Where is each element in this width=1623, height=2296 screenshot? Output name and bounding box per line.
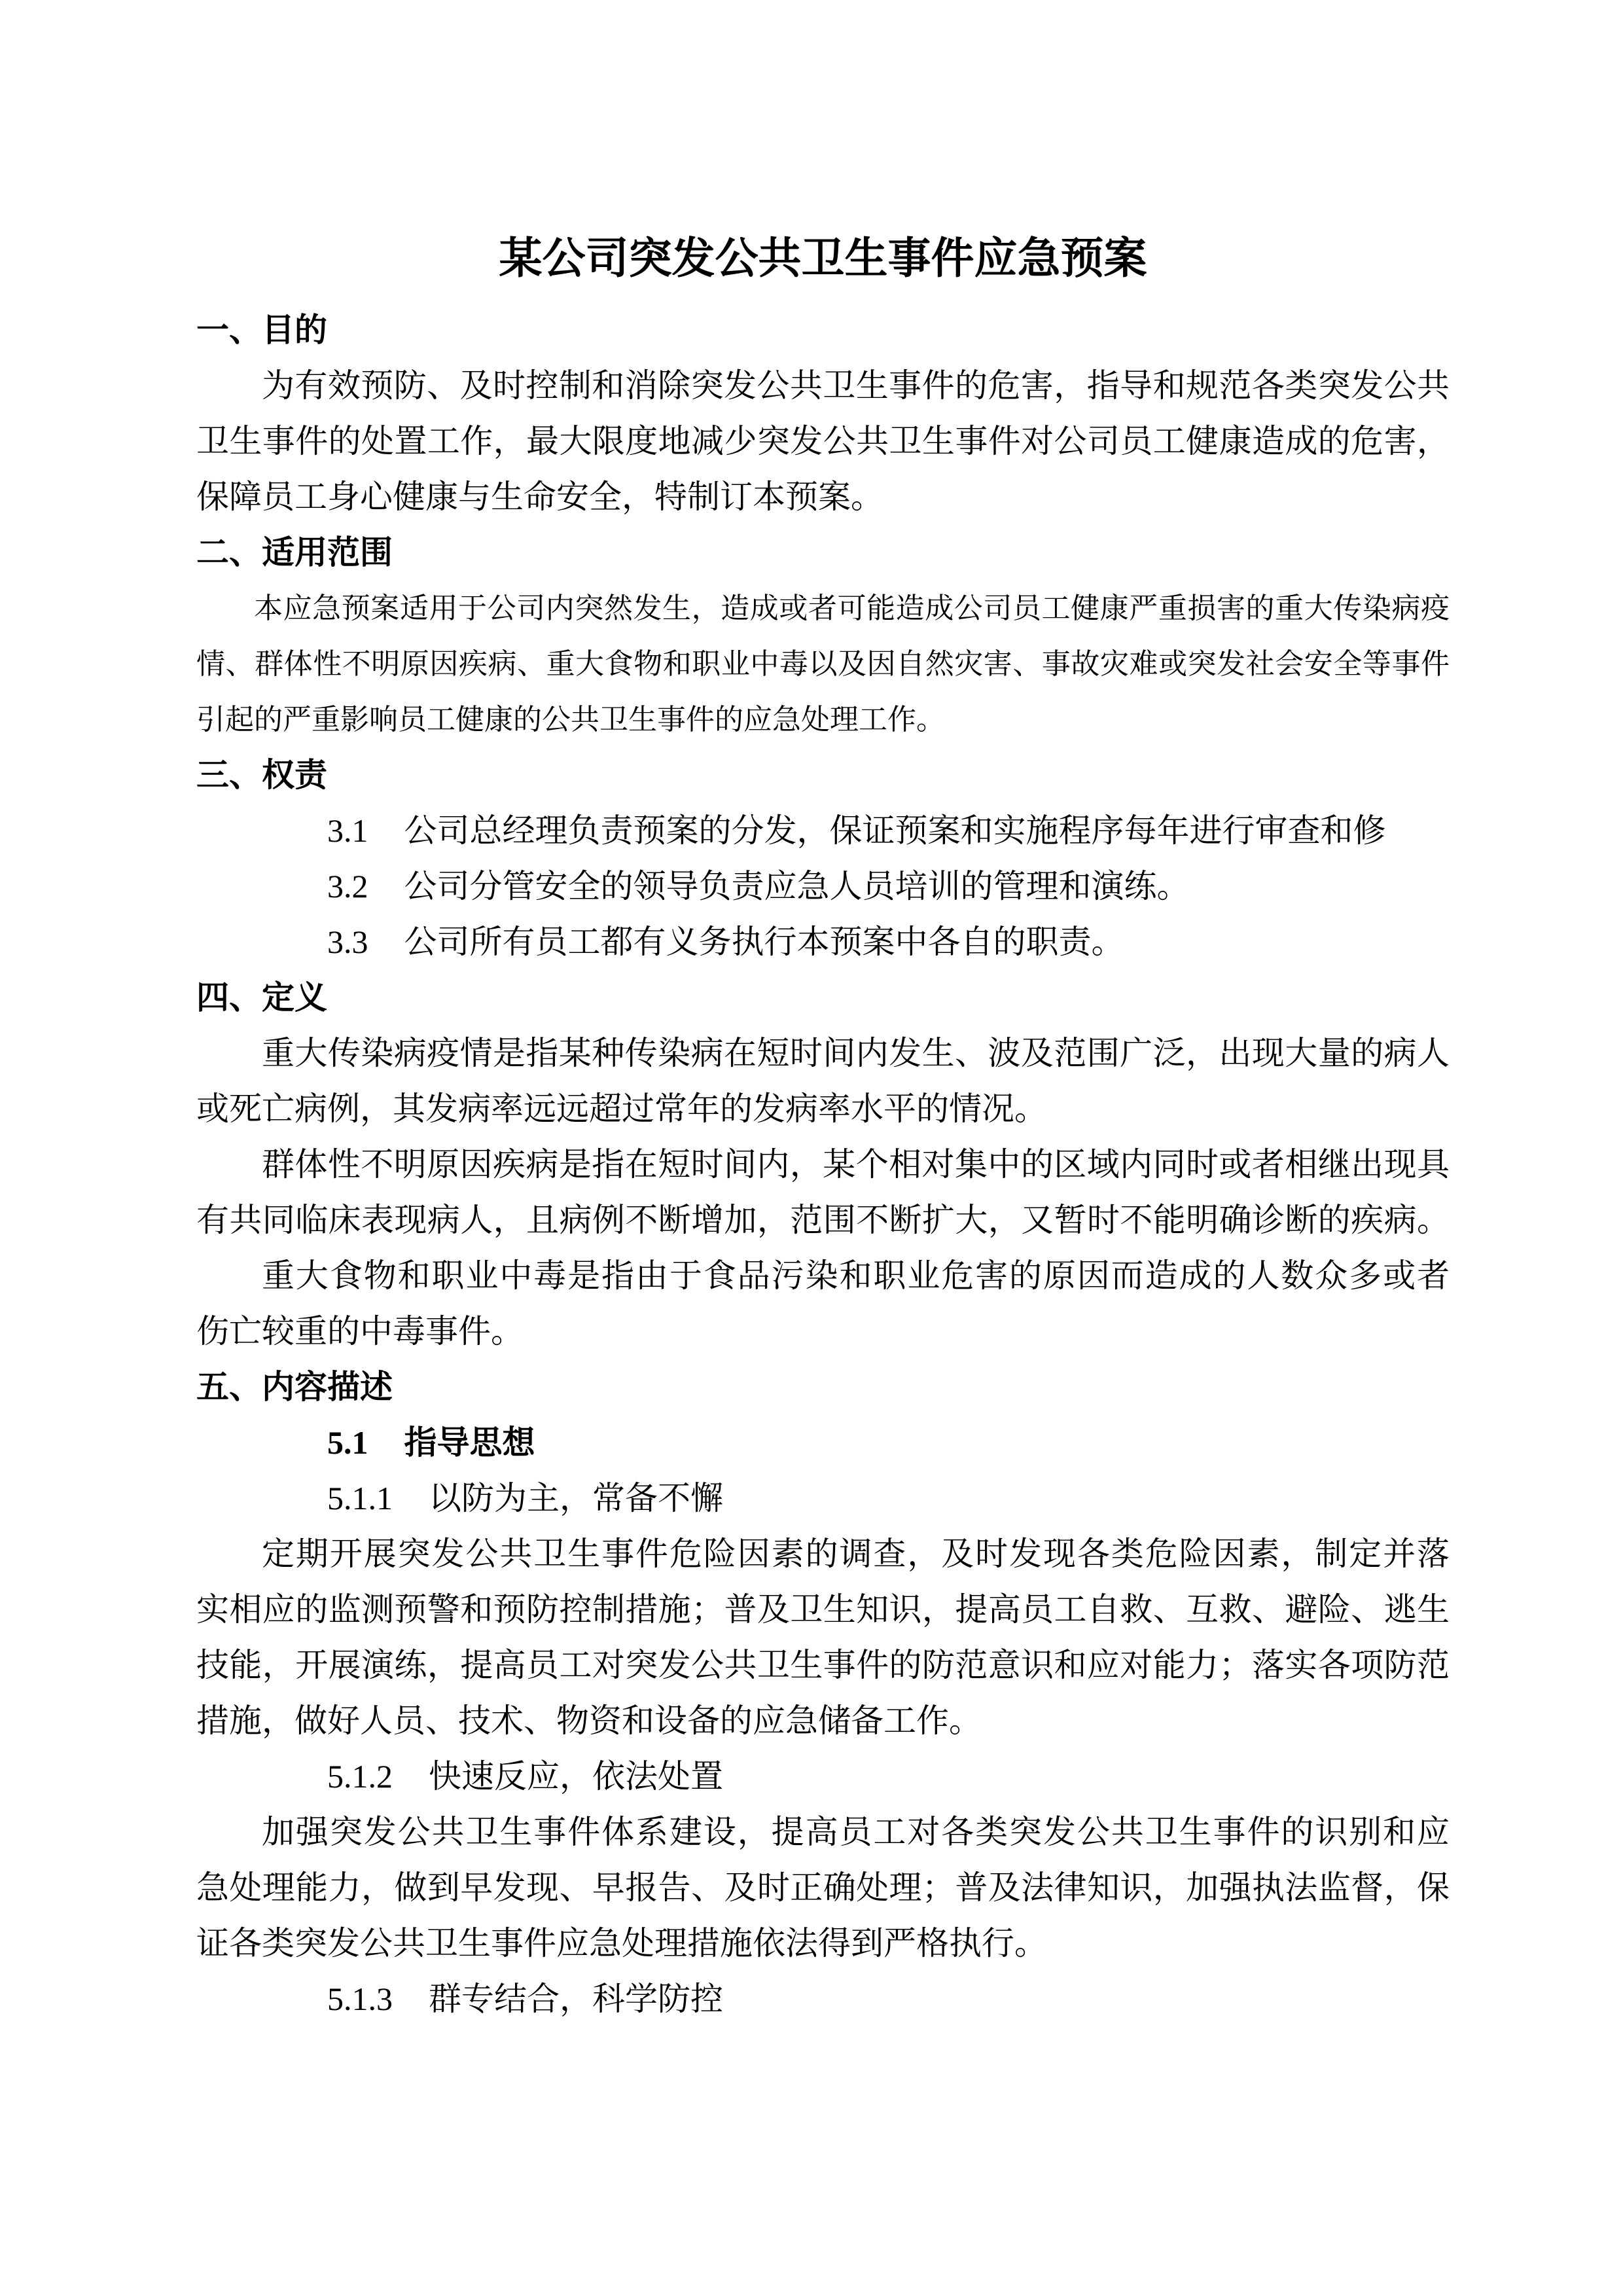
body-line: 情、群体性不明原因疾病、重大食物和职业中毒以及因自然灾害、事故灾难或突发社会安全… (196, 636, 1450, 692)
item-text: 群专结合，科学防控 (429, 1981, 723, 2017)
body-line: 群体性不明原因疾病是指在短时间内，某个相对集中的区域内同时或者相继出现具 (196, 1137, 1450, 1193)
body-line: 证各类突发公共卫生事件应急处理措施依法得到严格执行。 (196, 1916, 1450, 1971)
item-text: 公司总经理负责预案的分发，保证预案和实施程序每年进行审查和修订。 (196, 812, 1386, 859)
item-number: 3.1 (262, 803, 368, 859)
numbered-item: 5.1.2快速反应，依法处置 (196, 1749, 1450, 1804)
section-heading: 三、权责 (196, 747, 1450, 803)
body-line: 卫生事件的处置工作，最大限度地减少突发公共卫生事件对公司员工健康造成的危害， (196, 414, 1450, 469)
numbered-item: 3.1公司总经理负责预案的分发，保证预案和实施程序每年进行审查和修订。 (196, 803, 1450, 859)
body-line: 急处理能力，做到早发现、早报告、及时正确处理；普及法律知识，加强执法监督，保 (196, 1860, 1450, 1916)
item-text: 以防为主，常备不懈 (429, 1480, 723, 1516)
numbered-item: 3.3公司所有员工都有义务执行本预案中各自的职责。 (196, 914, 1450, 970)
section-heading: 四、定义 (196, 970, 1450, 1026)
body-line: 加强突发公共卫生事件体系建设，提高员工对各类突发公共卫生事件的识别和应 (196, 1804, 1450, 1860)
section-heading: 五、内容描述 (196, 1359, 1450, 1415)
item-number: 3.3 (262, 914, 368, 970)
numbered-item: 3.2公司分管安全的领导负责应急人员培训的管理和演练。 (196, 859, 1450, 914)
body-line: 本应急预案适用于公司内突然发生，造成或者可能造成公司员工健康严重损害的重大传染病… (196, 581, 1450, 636)
document-title: 某公司突发公共卫生事件应急预案 (196, 216, 1450, 302)
body-line: 或死亡病例，其发病率远远超过常年的发病率水平的情况。 (196, 1081, 1450, 1137)
item-number: 5.1.2 (262, 1749, 393, 1804)
numbered-item: 5.1.3群专结合，科学防控 (196, 1971, 1450, 2027)
item-text: 公司所有员工都有义务执行本预案中各自的职责。 (404, 924, 1124, 960)
item-number: 5.1.3 (262, 1971, 393, 2027)
body-line: 为有效预防、及时控制和消除突发公共卫生事件的危害，指导和规范各类突发公共 (196, 358, 1450, 414)
item-text: 公司分管安全的领导负责应急人员培训的管理和演练。 (404, 868, 1190, 905)
body-line: 重大传染病疫情是指某种传染病在短时间内发生、波及范围广泛，出现大量的病人 (196, 1026, 1450, 1081)
body-line: 保障员工身心健康与生命安全，特制订本预案。 (196, 469, 1450, 525)
body-line: 定期开展突发公共卫生事件危险因素的调查，及时发现各类危险因素，制定并落 (196, 1526, 1450, 1582)
body-line: 实相应的监测预警和预防控制措施；普及卫生知识，提高员工自救、互救、避险、逃生 (196, 1582, 1450, 1638)
body-line: 措施，做好人员、技术、物资和设备的应急储备工作。 (196, 1693, 1450, 1749)
subsection-heading: 5.1指导思想 (196, 1415, 1450, 1471)
numbered-item: 5.1.1以防为主，常备不懈 (196, 1471, 1450, 1526)
item-text: 指导思想 (404, 1424, 535, 1461)
body-line: 重大食物和职业中毒是指由于食品污染和职业危害的原因而造成的人数众多或者 (196, 1248, 1450, 1304)
item-number: 5.1.1 (262, 1471, 393, 1526)
body-line: 技能，开展演练，提高员工对突发公共卫生事件的防范意识和应对能力；落实各项防范 (196, 1638, 1450, 1693)
document-page: 某公司突发公共卫生事件应急预案 一、目的 为有效预防、及时控制和消除突发公共卫生… (0, 0, 1623, 2296)
item-text: 快速反应，依法处置 (429, 1758, 723, 1795)
body-line: 有共同临床表现病人，且病例不断增加，范围不断扩大，又暂时不能明确诊断的疾病。 (196, 1193, 1450, 1248)
section-heading: 二、适用范围 (196, 525, 1450, 581)
item-number: 3.2 (262, 859, 368, 914)
item-number: 5.1 (262, 1415, 368, 1471)
section-heading: 一、目的 (196, 302, 1450, 358)
body-line: 伤亡较重的中毒事件。 (196, 1304, 1450, 1359)
body-line: 引起的严重影响员工健康的公共卫生事件的应急处理工作。 (196, 692, 1450, 747)
